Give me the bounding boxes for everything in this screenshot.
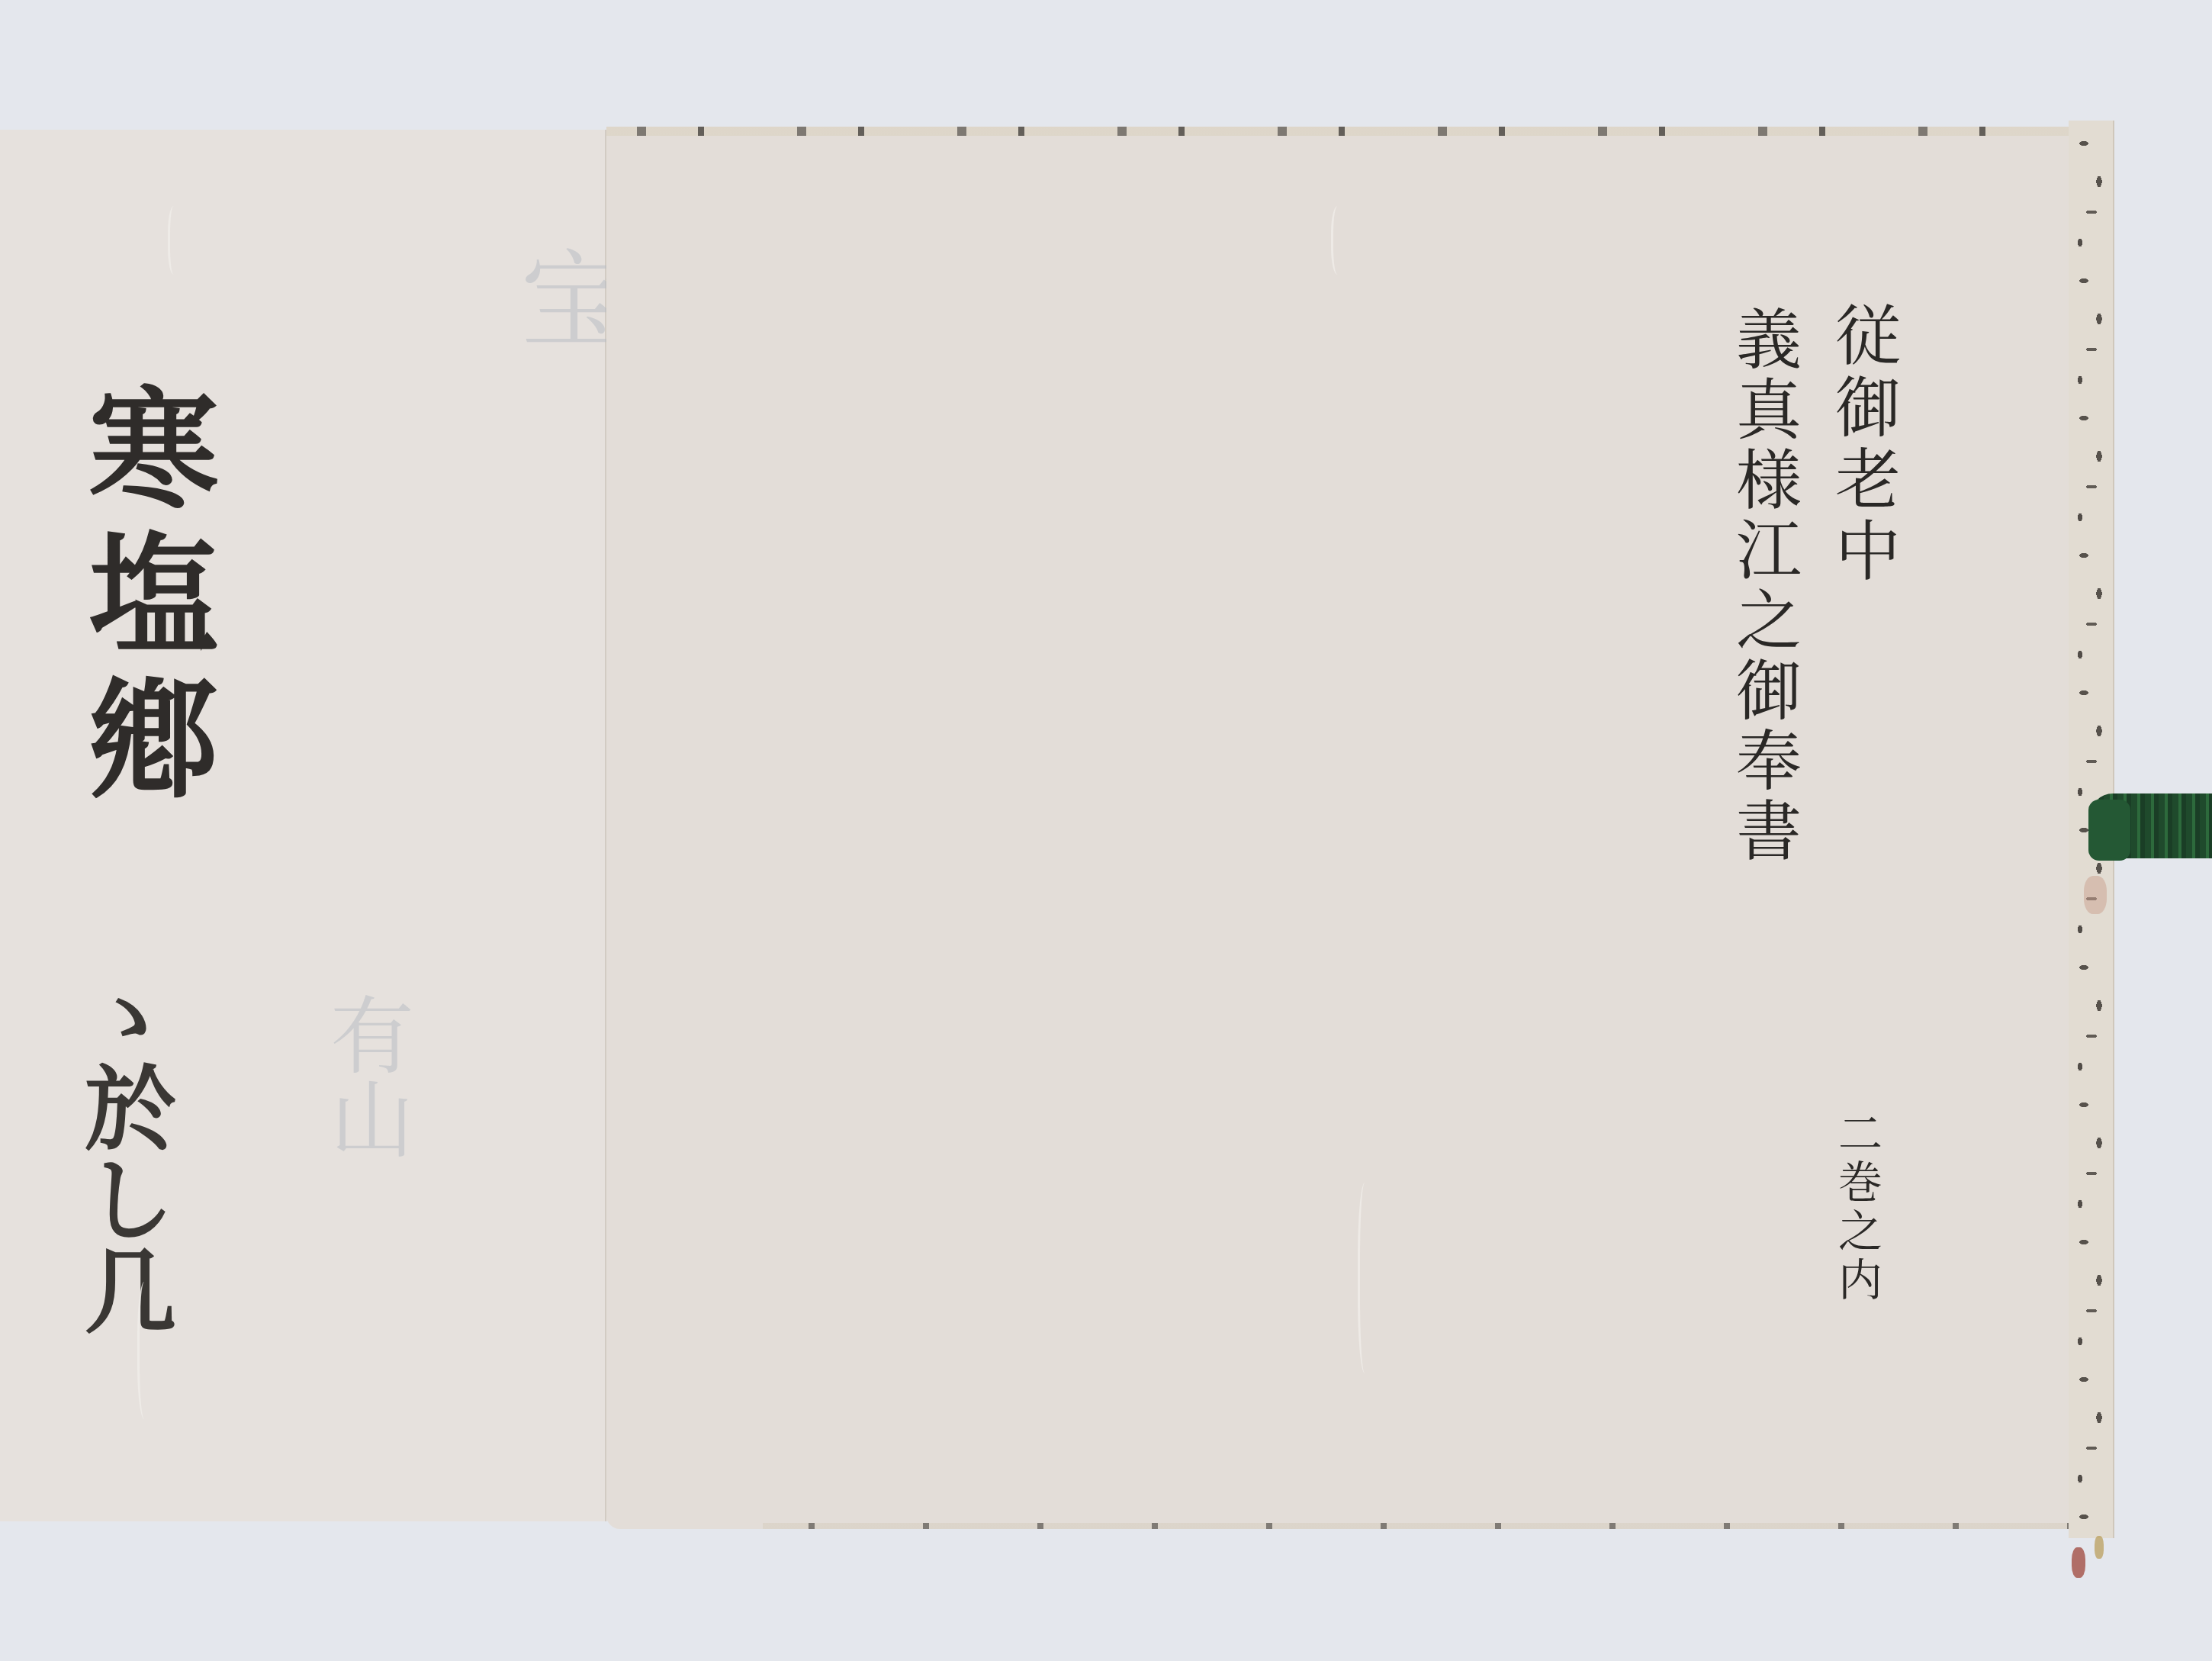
paper-fiber-mark [1331,206,1347,275]
title-line-2: 義真様江之御奉書 [1730,305,1796,867]
title-line-1: 従御老中 [1829,301,1895,588]
paper-fiber-mark [1358,1183,1375,1373]
paper-fiber-mark [168,206,182,275]
brocade-color-blot [2095,1536,2104,1559]
cord-knot [2088,800,2130,861]
volume-note: 二巻之内 [1834,1110,1879,1305]
brocade-bottom-edge [763,1523,2075,1529]
brocade-color-blot [2084,876,2107,914]
cursive-calligraphy-line: 寒塩鄕 [50,381,236,816]
brocade-color-blot [2072,1547,2085,1578]
paper-fiber-mark [137,1282,155,1419]
cursive-calligraphy-line: ゝ於し几 [57,969,188,1335]
brocade-top-edge [606,127,2075,136]
show-through-text: 有山 [305,992,426,1160]
